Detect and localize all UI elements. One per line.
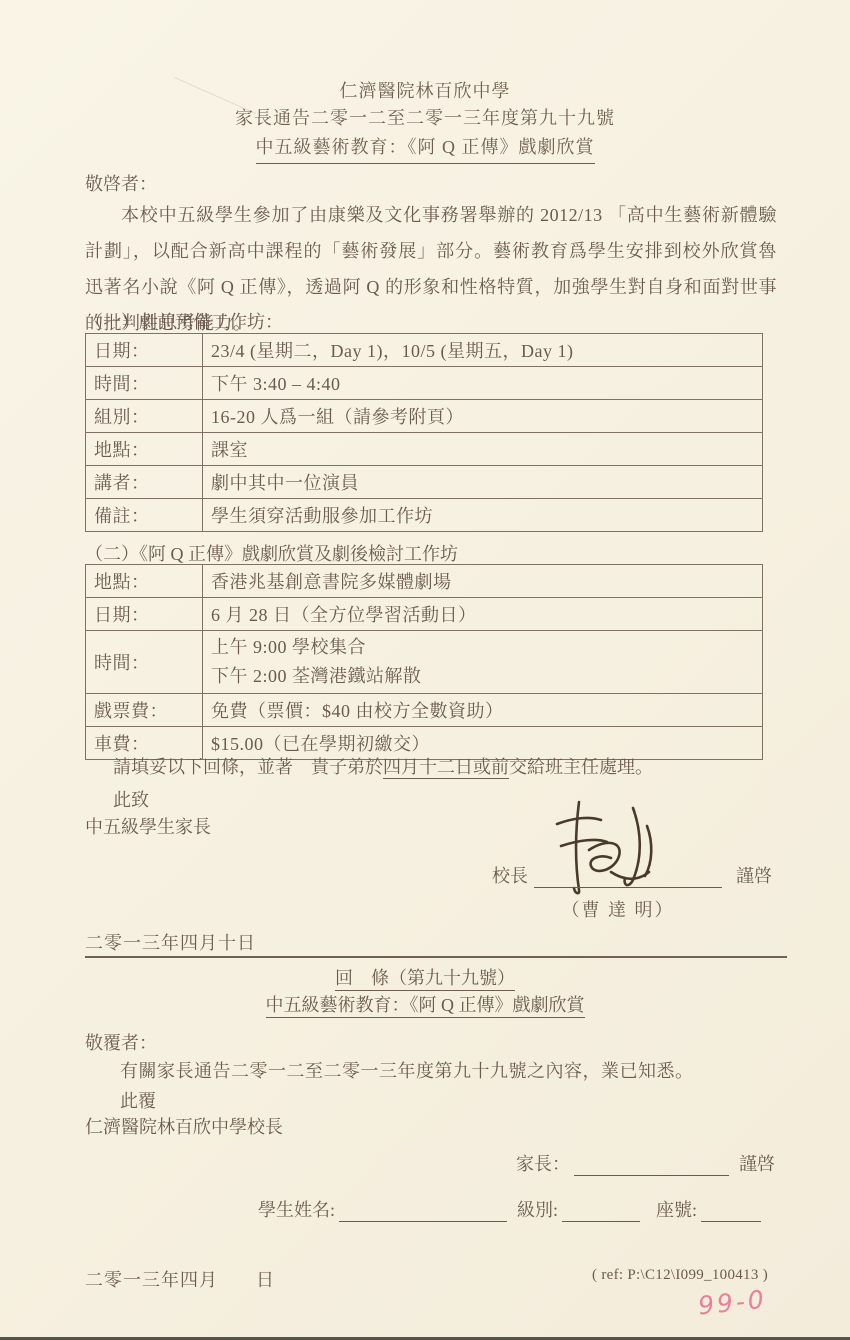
row-label: 日期：	[86, 334, 203, 367]
table-row: 時間： 下午 3:40 – 4:40	[86, 367, 763, 400]
student-name-line	[339, 1199, 507, 1222]
class-label: 級別:	[517, 1196, 558, 1222]
table-row: 講者： 劇中其中一位演員	[86, 466, 763, 499]
row-value: 上午 9:00 學校集合 下午 2:00 荃灣港鐵站解散	[203, 631, 763, 694]
reply-slip-subject: 中五級藝術教育：《阿 Q 正傳》戲劇欣賞	[266, 995, 585, 1018]
table-row: 組別： 16-20 人爲一組（請參考附頁）	[86, 400, 763, 433]
principal-label: 校長	[492, 862, 528, 888]
student-name-label: 學生姓名:	[258, 1196, 335, 1222]
table-row: 戲票費： 免費（票價：$40 由校方全數資助）	[86, 694, 763, 727]
principal-respect: 謹啓	[736, 862, 772, 888]
table-row: 備註： 學生須穿活動服參加工作坊	[86, 499, 763, 532]
seat-number-line	[701, 1199, 761, 1222]
row-label: 時間：	[86, 367, 203, 400]
row-value: 課室	[203, 433, 763, 466]
file-reference: ( ref: P:\C12\I099_100413 )	[592, 1267, 768, 1284]
reply-date-row: 二零一三年四月日	[85, 1266, 275, 1292]
row-value: 下午 3:40 – 4:40	[203, 367, 763, 400]
parent-signature-line	[574, 1153, 729, 1176]
notice-date: 二零一三年四月十日	[85, 929, 256, 955]
reply-date-suffix: 日	[256, 1270, 275, 1290]
seat-label: 座號:	[656, 1196, 697, 1222]
principal-name: （曹 達 明）	[548, 896, 688, 922]
row-label: 戲票費：	[86, 694, 203, 727]
table-row: 日期： 23/4 (星期二，Day 1)，10/5 (星期五，Day 1)	[86, 334, 763, 367]
instruction-before: 請填妥以下回條，並著 貴子弟於	[113, 757, 383, 777]
reply-body: 有關家長通告二零一二至二零一三年度第九十九號之內容，業已知悉。	[120, 1057, 694, 1083]
parent-respect: 謹啓	[739, 1150, 775, 1176]
principal-sign-row: 校長 謹啓	[492, 862, 772, 888]
reply-cifu: 此覆	[120, 1087, 156, 1113]
row-label: 地點：	[86, 433, 203, 466]
row-label: 地點：	[86, 565, 203, 598]
row-label: 組別：	[86, 400, 203, 433]
table-row: 時間： 上午 9:00 學校集合 下午 2:00 荃灣港鐵站解散	[86, 631, 763, 694]
table-row: 地點： 課室	[86, 433, 763, 466]
time-line-2: 下午 2:00 荃灣港鐵站解散	[211, 662, 752, 691]
row-label: 備註：	[86, 499, 203, 532]
row-value: 6 月 28 日（全方位學習活動日）	[203, 598, 763, 631]
row-value: 香港兆基創意書院多媒體劇場	[203, 565, 763, 598]
parent-label: 家長：	[516, 1150, 570, 1176]
notice-number-line: 家長通告二零一二至二零一三年度第九十九號	[0, 105, 850, 132]
reply-salutation: 敬覆者：	[85, 1029, 157, 1055]
table-row: 日期： 6 月 28 日（全方位學習活動日）	[86, 598, 763, 631]
workshop1-table: 日期： 23/4 (星期二，Day 1)，10/5 (星期五，Day 1) 時間…	[85, 333, 763, 532]
parent-sign-row: 家長： 謹啓	[516, 1150, 775, 1176]
closing-recipient: 中五級學生家長	[85, 813, 211, 839]
tear-off-divider	[85, 956, 787, 958]
reply-slip-subject-row: 中五級藝術教育：《阿 Q 正傳》戲劇欣賞	[0, 991, 850, 1017]
principal-signature-line	[534, 863, 722, 888]
handwritten-filing-note: 99-0	[697, 1284, 768, 1320]
scanned-notice-page: 仁濟醫院林百欣中學 家長通告二零一二至二零一三年度第九十九號 中五級藝術教育：《…	[0, 0, 850, 1340]
reply-slip-title-row: 回 條（第九十九號）	[0, 964, 850, 990]
row-value: 23/4 (星期二，Day 1)，10/5 (星期五，Day 1)	[203, 334, 763, 367]
workshop2-title: （二）《阿 Q 正傳》戲劇欣賞及劇後檢討工作坊	[85, 540, 458, 566]
workshop1-title: （一）劇前預備工作坊：	[85, 308, 283, 334]
reply-date-prefix: 二零一三年四月	[85, 1270, 218, 1290]
instruction-after: 交給班主任處理。	[509, 757, 653, 777]
salutation: 敬啓者：	[85, 170, 157, 196]
notice-subject: 中五級藝術教育：《阿 Q 正傳》戲劇欣賞	[256, 134, 595, 164]
instruction-deadline: 四月十二日或前	[383, 757, 509, 779]
table-row: 地點： 香港兆基創意書院多媒體劇場	[86, 565, 763, 598]
time-line-1: 上午 9:00 學校集合	[211, 633, 752, 662]
class-line	[562, 1199, 640, 1222]
notice-header: 仁濟醫院林百欣中學 家長通告二零一二至二零一三年度第九十九號 中五級藝術教育：《…	[0, 78, 850, 164]
closing-cizhi: 此致	[113, 786, 149, 812]
school-name: 仁濟醫院林百欣中學	[0, 78, 850, 105]
reply-slip-title: 回 條（第九十九號）	[335, 968, 515, 991]
student-info-row: 學生姓名: 級別: 座號:	[258, 1196, 761, 1222]
workshop2-table: 地點： 香港兆基創意書院多媒體劇場 日期： 6 月 28 日（全方位學習活動日）…	[85, 564, 763, 760]
row-value: 免費（票價：$40 由校方全數資助）	[203, 694, 763, 727]
return-slip-instruction: 請填妥以下回條，並著 貴子弟於四月十二日或前交給班主任處理。	[85, 753, 653, 779]
row-label: 時間：	[86, 631, 203, 694]
row-value: 16-20 人爲一組（請參考附頁）	[203, 400, 763, 433]
reply-addressee: 仁濟醫院林百欣中學校長	[85, 1113, 283, 1139]
row-value: 劇中其中一位演員	[203, 466, 763, 499]
row-label: 講者：	[86, 466, 203, 499]
row-value: 學生須穿活動服參加工作坊	[203, 499, 763, 532]
row-label: 日期：	[86, 598, 203, 631]
